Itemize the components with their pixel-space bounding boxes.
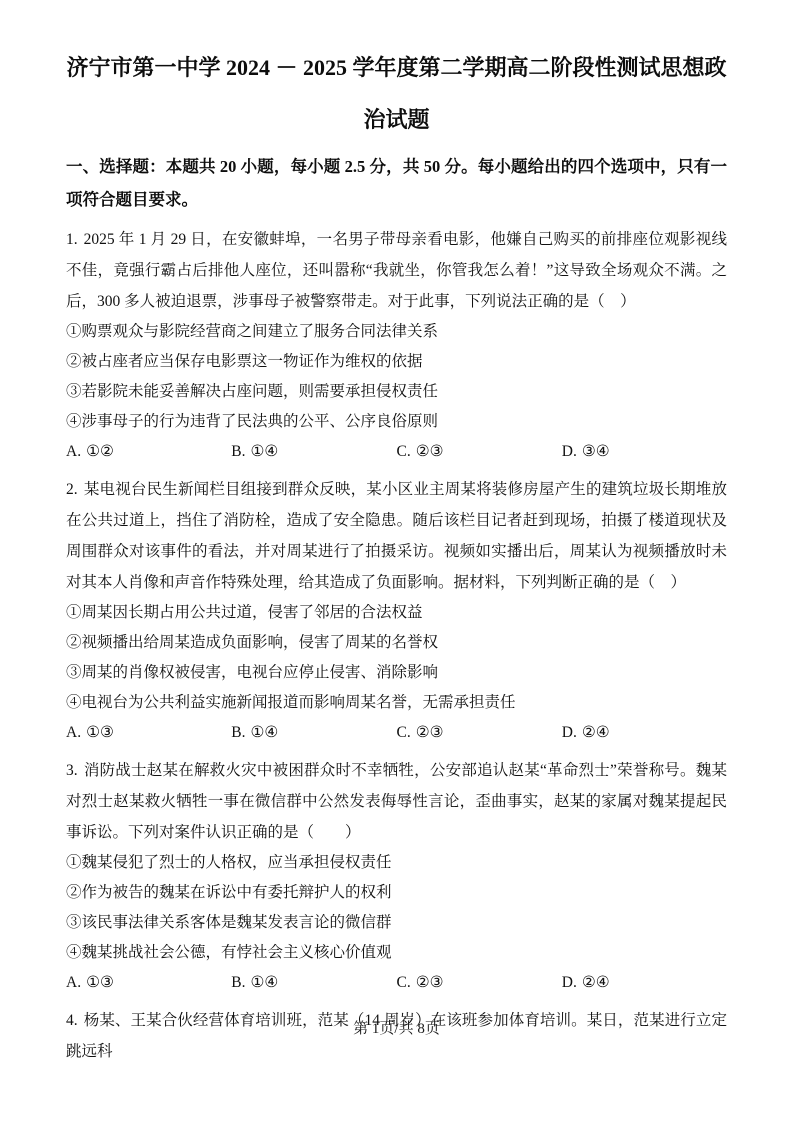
question-1-choices: A.①② B.①④ C.②③ D.③④ xyxy=(66,437,727,467)
question-2-item-3: ③周某的肖像权被侵害，电视台应停止侵害、消除影响 xyxy=(66,658,727,688)
question-2: 2.某电视台民生新闻栏目组接到群众反映，某小区业主周某将装修房屋产生的建筑垃圾长… xyxy=(66,474,727,748)
choice-label: A. xyxy=(66,724,81,741)
choice-value: ①③ xyxy=(86,974,114,991)
question-1: 1.2025 年 1 月 29 日，在安徽蚌埠，一名男子带母亲看电影，他嫌自己购… xyxy=(66,224,727,467)
question-3-item-3: ③该民事法律关系客体是魏某发表言论的微信群 xyxy=(66,908,727,938)
choice-label: B. xyxy=(231,443,245,460)
question-3-stem: 3.消防战士赵某在解救火灾中被困群众时不幸牺牲，公安部追认赵某“革命烈士”荣誉称… xyxy=(66,755,727,848)
question-3-choice-b: B.①④ xyxy=(231,968,396,998)
choice-label: C. xyxy=(397,443,411,460)
question-1-text: 2025 年 1 月 29 日，在安徽蚌埠，一名男子带母亲看电影，他嫌自己购买的… xyxy=(66,231,727,310)
question-2-choice-c: C.②③ xyxy=(397,718,562,748)
question-1-number: 1. xyxy=(66,231,78,248)
choice-label: A. xyxy=(66,443,81,460)
question-2-stem: 2.某电视台民生新闻栏目组接到群众反映，某小区业主周某将装修房屋产生的建筑垃圾长… xyxy=(66,474,727,598)
question-1-choice-a: A.①② xyxy=(66,437,231,467)
question-3-choice-a: A.①③ xyxy=(66,968,231,998)
choice-value: ③④ xyxy=(582,443,610,460)
question-2-choice-b: B.①④ xyxy=(231,718,396,748)
choice-value: ②③ xyxy=(416,974,444,991)
choice-value: ②③ xyxy=(416,724,444,741)
question-2-number: 2. xyxy=(66,481,78,498)
exam-page: 济宁市第一中学 2024 － 2025 学年度第二学期高二阶段性测试思想政治试题… xyxy=(0,0,793,1122)
question-2-choices: A.①③ B.①④ C.②③ D.②④ xyxy=(66,718,727,748)
question-2-text: 某电视台民生新闻栏目组接到群众反映，某小区业主周某将装修房屋产生的建筑垃圾长期堆… xyxy=(66,481,727,591)
choice-label: C. xyxy=(397,974,411,991)
choice-value: ①④ xyxy=(250,724,278,741)
choice-label: D. xyxy=(562,974,577,991)
choice-value: ①④ xyxy=(250,443,278,460)
choice-value: ②④ xyxy=(582,724,610,741)
page-number: 第 1页/共 8页 xyxy=(0,1018,793,1040)
question-3-item-1: ①魏某侵犯了烈士的人格权，应当承担侵权责任 xyxy=(66,848,727,878)
question-3: 3.消防战士赵某在解救火灾中被困群众时不幸牺牲，公安部追认赵某“革命烈士”荣誉称… xyxy=(66,755,727,998)
question-2-choice-d: D.②④ xyxy=(562,718,727,748)
choice-value: ②④ xyxy=(582,974,610,991)
choice-label: B. xyxy=(231,724,245,741)
question-1-stem: 1.2025 年 1 月 29 日，在安徽蚌埠，一名男子带母亲看电影，他嫌自己购… xyxy=(66,224,727,317)
choice-label: C. xyxy=(397,724,411,741)
choice-value: ①④ xyxy=(250,974,278,991)
question-3-choices: A.①③ B.①④ C.②③ D.②④ xyxy=(66,968,727,998)
question-1-item-4: ④涉事母子的行为违背了民法典的公平、公序良俗原则 xyxy=(66,407,727,437)
question-3-text: 消防战士赵某在解救火灾中被困群众时不幸牺牲，公安部追认赵某“革命烈士”荣誉称号。… xyxy=(66,762,727,841)
question-3-choice-d: D.②④ xyxy=(562,968,727,998)
question-3-item-2: ②作为被告的魏某在诉讼中有委托辩护人的权利 xyxy=(66,878,727,908)
question-3-choice-c: C.②③ xyxy=(397,968,562,998)
question-1-item-3: ③若影院未能妥善解决占座问题，则需要承担侵权责任 xyxy=(66,377,727,407)
question-1-choice-c: C.②③ xyxy=(397,437,562,467)
question-1-item-1: ①购票观众与影院经营商之间建立了服务合同法律关系 xyxy=(66,317,727,347)
question-1-item-2: ②被占座者应当保存电影票这一物证作为维权的依据 xyxy=(66,347,727,377)
document-title: 济宁市第一中学 2024 － 2025 学年度第二学期高二阶段性测试思想政治试题 xyxy=(66,42,727,146)
choice-value: ②③ xyxy=(416,443,444,460)
question-3-item-4: ④魏某挑战社会公德，有悖社会主义核心价值观 xyxy=(66,938,727,968)
question-3-number: 3. xyxy=(66,762,78,779)
question-2-choice-a: A.①③ xyxy=(66,718,231,748)
choice-label: D. xyxy=(562,443,577,460)
question-2-item-1: ①周某因长期占用公共过道，侵害了邻居的合法权益 xyxy=(66,598,727,628)
question-1-choice-d: D.③④ xyxy=(562,437,727,467)
choice-value: ①② xyxy=(86,443,114,460)
section-instructions: 一、选择题：本题共 20 小题，每小题 2.5 分，共 50 分。每小题给出的四… xyxy=(66,150,727,216)
question-2-item-4: ④电视台为公共利益实施新闻报道而影响周某名誉，无需承担责任 xyxy=(66,688,727,718)
question-1-choice-b: B.①④ xyxy=(231,437,396,467)
choice-value: ①③ xyxy=(86,724,114,741)
question-2-item-2: ②视频播出给周某造成负面影响，侵害了周某的名誉权 xyxy=(66,628,727,658)
choice-label: B. xyxy=(231,974,245,991)
choice-label: A. xyxy=(66,974,81,991)
choice-label: D. xyxy=(562,724,577,741)
